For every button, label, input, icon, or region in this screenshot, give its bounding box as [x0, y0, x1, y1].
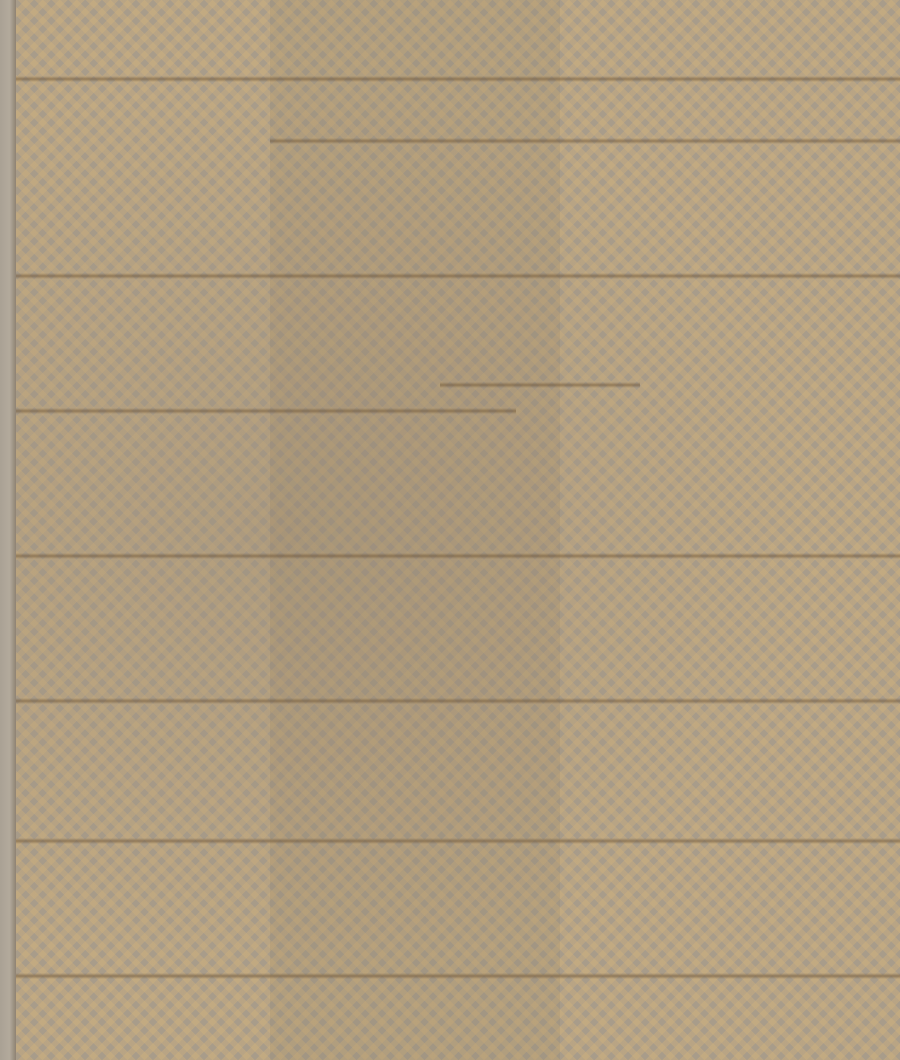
fold-crease: [16, 273, 900, 279]
fold-crease: [16, 973, 900, 979]
fold-crease: [16, 553, 900, 559]
fabric-panel-shade: [270, 0, 560, 1060]
selvedge-border: [0, 0, 16, 1060]
fold-crease: [16, 698, 900, 704]
fold-crease: [16, 76, 900, 82]
fabric-photo: Close-up of taupe/grey woven silk fabric…: [0, 0, 900, 1060]
fold-crease: [270, 138, 900, 144]
fold-crease: [16, 838, 900, 844]
fold-crease: [16, 408, 516, 414]
fold-crease: [440, 382, 640, 388]
